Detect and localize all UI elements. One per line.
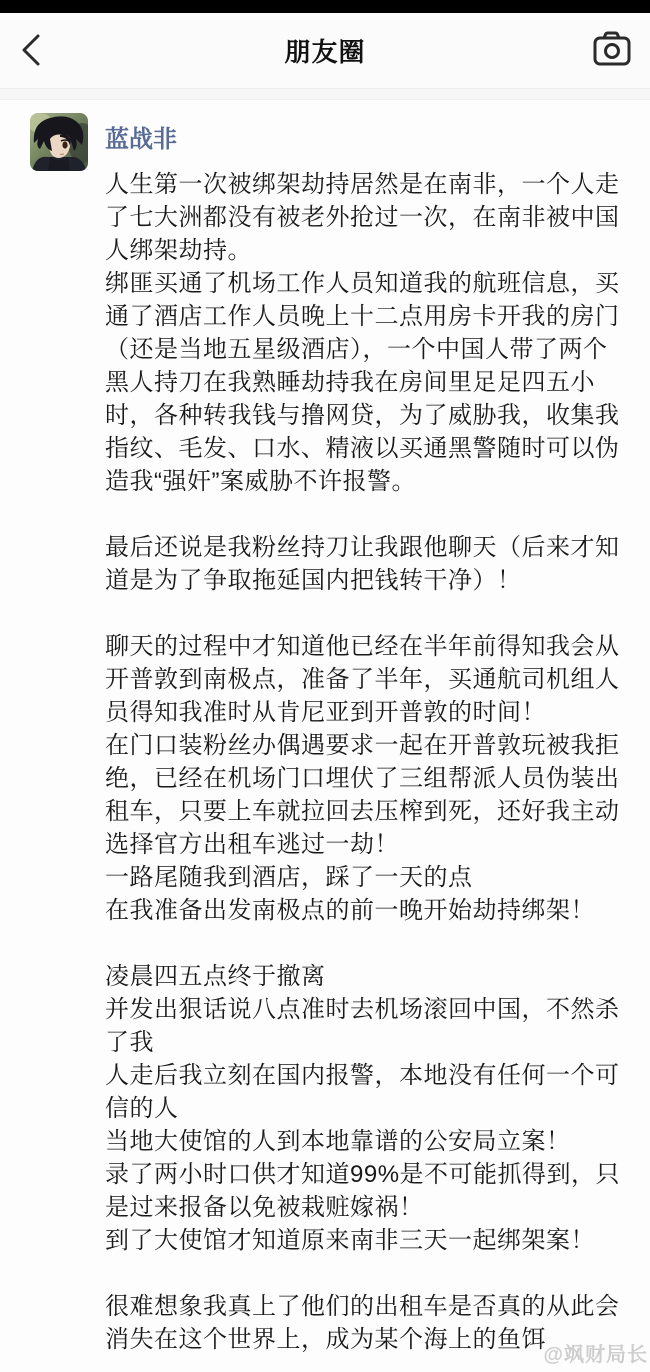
camera-icon [592,30,632,71]
username[interactable]: 蓝战非 [105,119,177,154]
page-title: 朋友圈 [284,32,365,69]
status-strip [0,0,650,13]
nav-bar: 朋友圈 [0,13,650,89]
avatar[interactable] [30,113,88,171]
nav-divider-band [0,89,650,100]
moments-post: 蓝战非 人生第一次被绑架劫持居然是在南非，一个人走了七大洲都没有被老外抢过一次，… [0,100,650,1372]
camera-button[interactable] [590,25,634,75]
post-text: 人生第一次被绑架劫持居然是在南非，一个人走了七大洲都没有被老外抢过一次，在南非被… [105,168,624,1356]
post-paragraph: 聊天的过程中才知道他已经在半年前得知我会从开普敦到南极点，准备了半年，买通航司机… [105,630,624,927]
post-paragraph: 最后还说是我粉丝持刀让我跟他聊天（后来才知道是为了争取拖延国内把钱转干净）！ [105,531,624,597]
avatar-image [30,113,88,171]
post-paragraph: 人生第一次被绑架劫持居然是在南非，一个人走了七大洲都没有被老外抢过一次，在南非被… [105,168,624,498]
chevron-left-icon [20,33,42,70]
post-paragraph: 凌晨四五点终于撤离 并发出狠话说八点准时去机场滚回中国，不然杀了我 人走后我立刻… [105,960,624,1257]
back-button[interactable] [14,29,48,73]
post-paragraph: 很难想象我真上了他们的出租车是否真的从此会消失在这个世界上，成为某个海上的鱼饵 [105,1290,624,1356]
